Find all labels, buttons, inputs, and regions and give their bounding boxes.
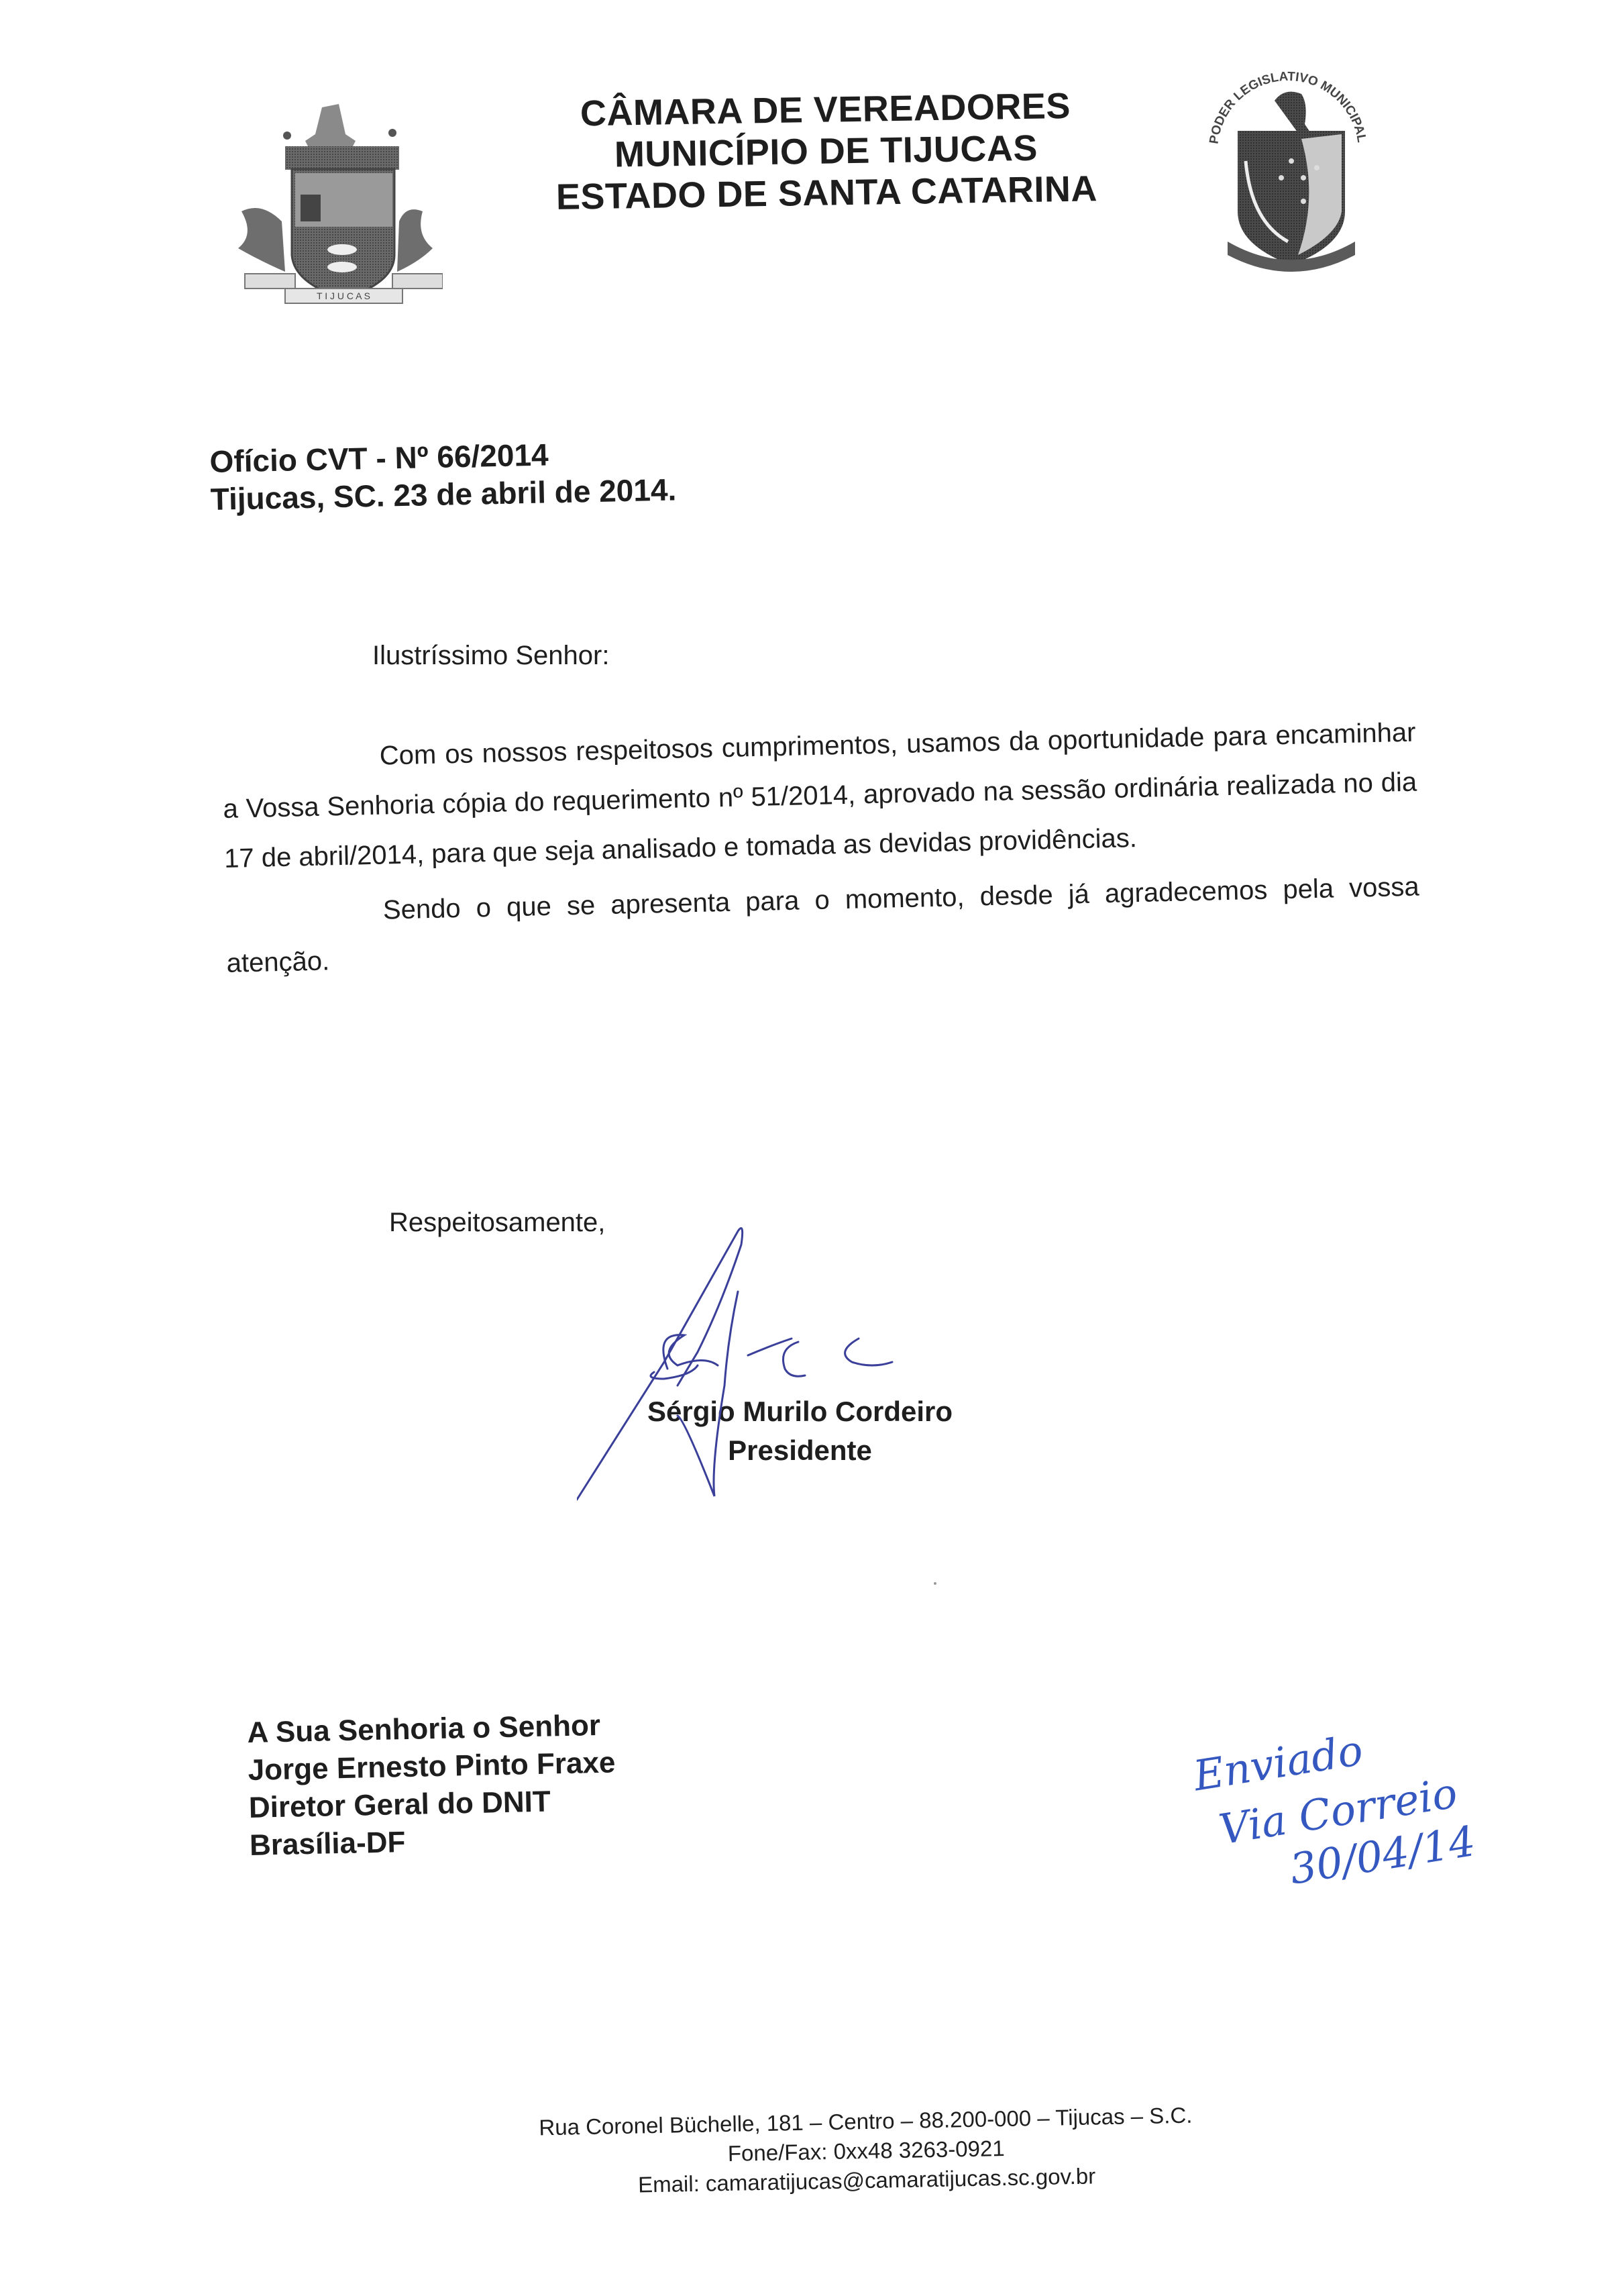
handwritten-note: Enviado Via Correio 30/04/14 bbox=[1154, 1718, 1529, 1899]
letter-body: Com os nossos respeitosos cumprimentos, … bbox=[221, 708, 1421, 988]
addressee-line-2: Jorge Ernesto Pinto Fraxe bbox=[248, 1744, 616, 1789]
document-reference: Ofício CVT - Nº 66/2014 Tijucas, SC. 23 … bbox=[209, 433, 677, 518]
addressee-line-4: Brasília-DF bbox=[250, 1819, 618, 1864]
footer-contact: Rua Coronel Büchelle, 181 – Centro – 88.… bbox=[429, 2099, 1303, 2204]
handwritten-signature bbox=[577, 1218, 1060, 1553]
municipal-coat-of-arms-icon: T I J U C A S bbox=[221, 94, 443, 315]
closing: Respeitosamente, bbox=[389, 1208, 605, 1238]
scan-speck bbox=[934, 1582, 936, 1585]
body-paragraph-1: Com os nossos respeitosos cumprimentos, … bbox=[221, 708, 1419, 884]
salutation: Ilustríssimo Senhor: bbox=[372, 641, 609, 671]
addressee-block: A Sua Senhoria o Senhor Jorge Ernesto Pi… bbox=[247, 1707, 617, 1865]
svg-text:T I J U C A S: T I J U C A S bbox=[317, 291, 370, 301]
institution-header: CÂMARA DE VEREADORES MUNICÍPIO DE TIJUCA… bbox=[510, 84, 1142, 219]
legislative-crest-icon: PODER LEGISLATIVO MUNICIPAL bbox=[1191, 64, 1385, 285]
